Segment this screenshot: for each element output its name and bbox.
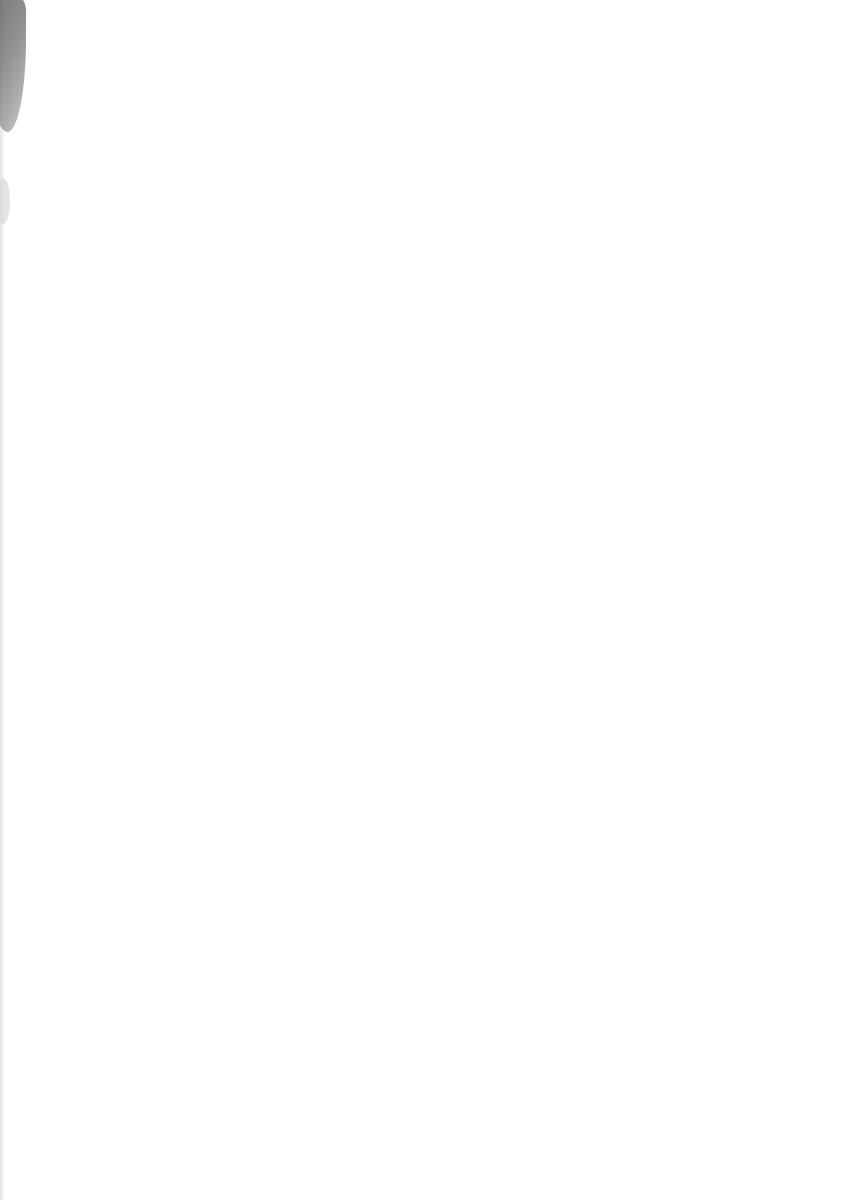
paw-bone-border-top	[0, 0, 842, 84]
afterword-page	[0, 0, 842, 1200]
scan-smudge-artifact	[0, 178, 10, 224]
scan-corner-artifact	[0, 0, 26, 132]
paw-bone-border-bottom	[0, 1110, 842, 1200]
